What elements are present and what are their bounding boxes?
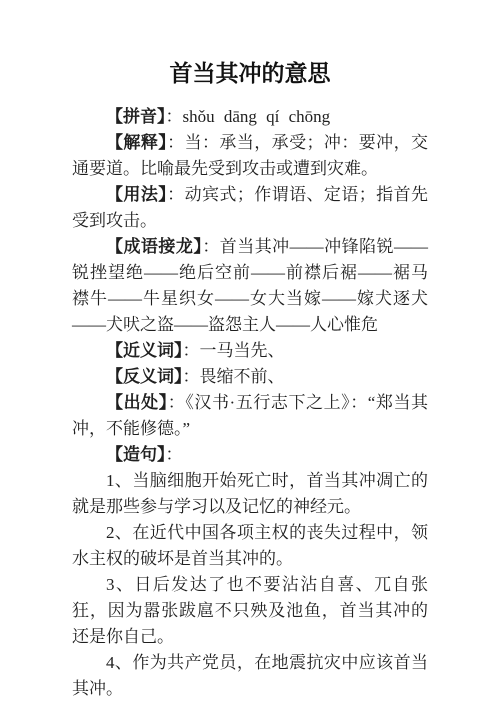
section-pinyin: 【拼音】：shǒu dāng qí chōng (72, 104, 428, 130)
example-sentence-3: 3、日后发达了也不要沾沾自喜、兀自张狂，因为嚣张跋扈不只殃及池鱼，首当其冲的还是… (72, 572, 428, 650)
section-antonyms: 【反义词】：畏缩不前、 (72, 364, 428, 390)
page-title: 首当其冲的意思 (72, 57, 428, 89)
section-example-heading-colon: ： (166, 445, 183, 464)
section-antonyms-colon: ： (183, 367, 200, 386)
section-definition-colon: ： (167, 133, 184, 152)
example-sentence-2: 2、在近代中国各项主权的丧失过程中，领水主权的破坏是首当其冲的。 (72, 520, 428, 572)
section-synonyms-text: 一马当先、 (200, 341, 285, 360)
section-pinyin-colon: ： (166, 107, 183, 126)
section-synonyms-label: 【近义词】 (106, 341, 183, 360)
section-usage: 【用法】：动宾式；作谓语、定语；指首先受到攻击。 (72, 182, 428, 234)
section-example-heading: 【造句】： (72, 442, 428, 468)
section-definition-label: 【解释】 (106, 133, 167, 152)
section-source: 【出处】：《汉书·五行志下之上》：“郑当其冲，不能修德。” (72, 390, 428, 442)
section-synonyms-colon: ： (183, 341, 200, 360)
section-source-colon: ： (168, 393, 186, 412)
example-sentence-4: 4、作为共产党员，在地震抗灾中应该首当其冲。 (72, 650, 428, 702)
section-idiom-chain-colon: ： (202, 237, 219, 256)
section-idiom-chain-label: 【成语接龙】 (106, 237, 202, 256)
section-idiom-chain: 【成语接龙】：首当其冲——冲锋陷锐——锐挫望绝——绝后空前——前襟后裾——裾马襟… (72, 234, 428, 338)
section-usage-colon: ： (167, 185, 184, 204)
section-definition: 【解释】：当：承当，承受；冲：要冲，交通要道。比喻最先受到攻击或遭到灾难。 (72, 130, 428, 182)
section-antonyms-label: 【反义词】 (106, 367, 183, 386)
document-page: 首当其冲的意思 【拼音】：shǒu dāng qí chōng 【解释】：当：承… (0, 0, 500, 707)
section-source-label: 【出处】 (106, 393, 168, 412)
section-pinyin-text: shǒu dāng qí chōng (183, 107, 331, 126)
section-usage-label: 【用法】 (106, 185, 167, 204)
section-antonyms-text: 畏缩不前、 (200, 367, 285, 386)
section-synonyms: 【近义词】：一马当先、 (72, 338, 428, 364)
example-sentence-1: 1、当脑细胞开始死亡时，首当其冲凋亡的就是那些参与学习以及记忆的神经元。 (72, 468, 428, 520)
section-example-heading-label: 【造句】 (106, 445, 166, 464)
section-pinyin-label: 【拼音】 (106, 107, 166, 126)
